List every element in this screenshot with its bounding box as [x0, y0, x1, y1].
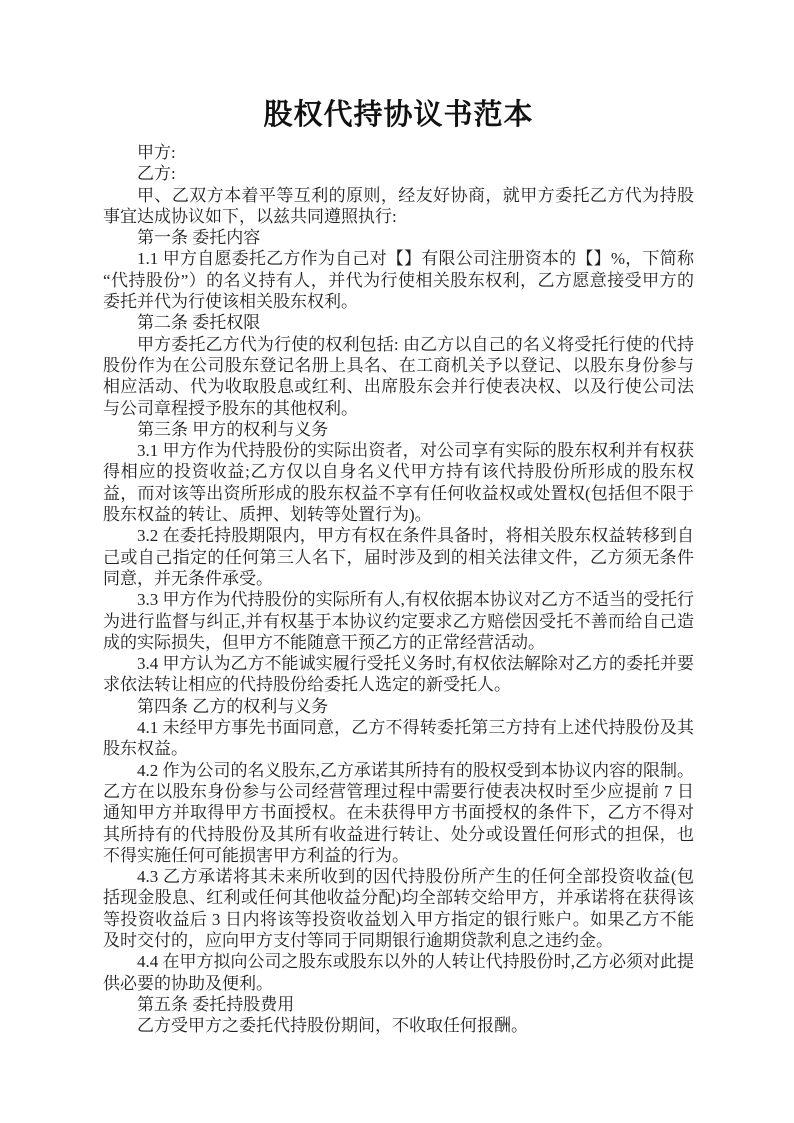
- paragraph: 甲方委托乙方代为行使的权利包括: 由乙方以自己的名义将受托行使的代持股份作为在公…: [103, 334, 694, 419]
- document-body: 甲方:乙方:甲、乙双方本着平等互利的原则，经友好协商，就甲方委托乙方代为持股事宜…: [103, 142, 694, 1036]
- paragraph: 4.1 未经甲方事先书面同意，乙方不得转委托第三方持有上述代持股份及其股东权益。: [103, 717, 694, 760]
- section-heading: 第一条 委托内容: [103, 227, 694, 248]
- paragraph: 4.4 在甲方拟向公司之股东或股东以外的人转让代持股份时,乙方必须对此提供必要的…: [103, 951, 694, 994]
- paragraph: 甲方:: [103, 142, 694, 163]
- document-page: 股权代持协议书范本 甲方:乙方:甲、乙双方本着平等互利的原则，经友好协商，就甲方…: [0, 0, 794, 1123]
- document-title: 股权代持协议书范本: [103, 96, 694, 134]
- paragraph: 3.3 甲方作为代持股份的实际所有人,有权依据本协议对乙方不适当的受托行为进行监…: [103, 589, 694, 653]
- paragraph: 乙方:: [103, 163, 694, 184]
- paragraph: 乙方受甲方之委托代持股份期间，不收取任何报酬。: [103, 1015, 694, 1036]
- paragraph: 4.3 乙方承诺将其未来所收到的因代持股份所产生的任何全部投资收益(包括现金股息…: [103, 866, 694, 951]
- section-heading: 第三条 甲方的权利与义务: [103, 419, 694, 440]
- paragraph: 3.4 甲方认为乙方不能诚实履行受托义务时,有权依法解除对乙方的委托并要求依法转…: [103, 653, 694, 696]
- section-heading: 第五条 委托持股费用: [103, 994, 694, 1015]
- paragraph: 4.2 作为公司的名义股东,乙方承诺其所持有的股权受到本协议内容的限制。乙方在以…: [103, 760, 694, 866]
- paragraph: 甲、乙双方本着平等互利的原则，经友好协商，就甲方委托乙方代为持股事宜达成协议如下…: [103, 185, 694, 228]
- paragraph: 3.1 甲方作为代持股份的实际出资者，对公司享有实际的股东权利并有权获得相应的投…: [103, 440, 694, 525]
- section-heading: 第二条 委托权限: [103, 312, 694, 333]
- paragraph: 1.1 甲方自愿委托乙方作为自己对【】有限公司注册资本的【】%，下简称“代持股份…: [103, 248, 694, 312]
- paragraph: 3.2 在委托持股期限内，甲方有权在条件具备时，将相关股东权益转移到自己或自己指…: [103, 525, 694, 589]
- section-heading: 第四条 乙方的权利与义务: [103, 696, 694, 717]
